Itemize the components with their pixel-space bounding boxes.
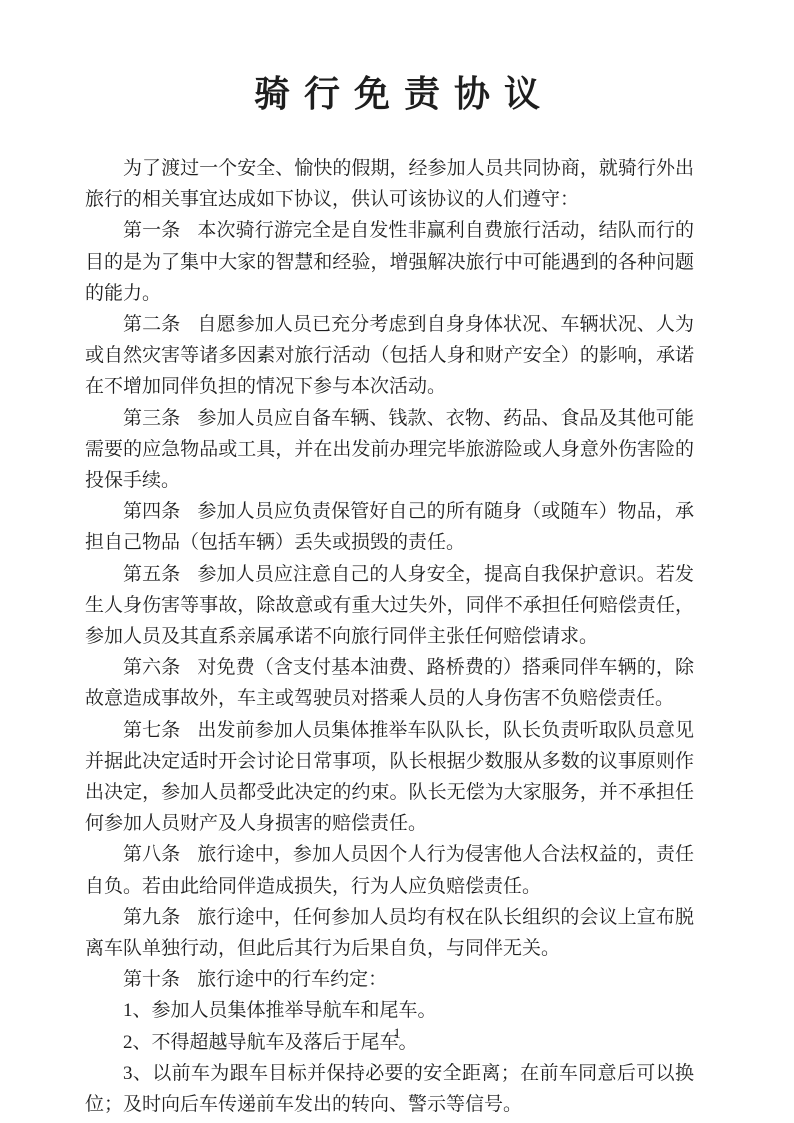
clause-paragraph-5: 第五条参加人员应注意自己的人身安全，提高自我保护意识。若发生人身伤害等事故，除故… [85,559,694,653]
clause-paragraph-7: 第七条出发前参加人员集体推举车队队长，队长负责听取队员意见并据此决定适时开会讨论… [85,715,694,840]
clause-label-9: 第九条 [123,907,180,928]
clause-label-5: 第五条 [123,564,180,585]
page-number: 1 [393,1026,401,1042]
clause-text-10: 旅行途中的行车约定： [197,969,387,990]
document-page: 骑行免责协议 为了渡过一个安全、愉快的假期，经参加人员共同协商，就骑行外出旅行的… [0,0,794,1123]
intro-paragraph: 为了渡过一个安全、愉快的假期，经参加人员共同协商，就骑行外出旅行的相关事宜达成如… [85,153,694,215]
clause-paragraph-3: 第三条参加人员应自备车辆、钱款、衣物、药品、食品及其他可能需要的应急物品或工具，… [85,403,694,497]
document-title: 骑行免责协议 [0,0,794,116]
rule-item-1: 1、参加人员集体推举导航车和尾车。 [85,995,694,1026]
clause-paragraph-4: 第四条参加人员应负责保管好自己的所有随身（或随车）物品，承担自己物品（包括车辆）… [85,496,694,558]
document-title-text: 骑行免责协议 [254,74,554,114]
clause-label-4: 第四条 [123,501,180,522]
rule-text-3: 3、以前车为跟车目标并保持必要的安全距离；在前车同意后可以换位；及时向后车传递前… [85,1063,694,1115]
page-footer: 1 [0,1024,794,1044]
clause-paragraph-10: 第十条旅行途中的行车约定： [85,964,694,995]
clause-label-6: 第六条 [123,657,180,678]
clause-paragraph-8: 第八条旅行途中，参加人员因个人行为侵害他人合法权益的，责任自负。若由此给同伴造成… [85,839,694,901]
clause-label-3: 第三条 [123,408,180,429]
clause-paragraph-1: 第一条本次骑行游完全是自发性非赢利自费旅行活动，结队而行的目的是为了集中大家的智… [85,215,694,309]
clause-paragraph-6: 第六条对免费（含支付基本油费、路桥费的）搭乘同伴车辆的，除故意造成事故外，车主或… [85,652,694,714]
rule-text-1: 1、参加人员集体推举导航车和尾车。 [123,1000,437,1021]
clause-paragraph-9: 第九条旅行途中，任何参加人员均有权在队长组织的会议上宣布脱离车队单独行动，但此后… [85,902,694,964]
intro-text: 为了渡过一个安全、愉快的假期，经参加人员共同协商，就骑行外出旅行的相关事宜达成如… [85,158,694,210]
clause-label-7: 第七条 [123,720,180,741]
rule-item-3: 3、以前车为跟车目标并保持必要的安全距离；在前车同意后可以换位；及时向后车传递前… [85,1058,694,1120]
clause-label-2: 第二条 [123,314,180,335]
clause-label-8: 第八条 [123,844,180,865]
clause-label-10: 第十条 [123,969,180,990]
document-body: 为了渡过一个安全、愉快的假期，经参加人员共同协商，就骑行外出旅行的相关事宜达成如… [85,153,694,1120]
clause-paragraph-2: 第二条自愿参加人员已充分考虑到自身身体状况、车辆状况、人为或自然灾害等诸多因素对… [85,309,694,403]
clause-label-1: 第一条 [123,220,180,241]
